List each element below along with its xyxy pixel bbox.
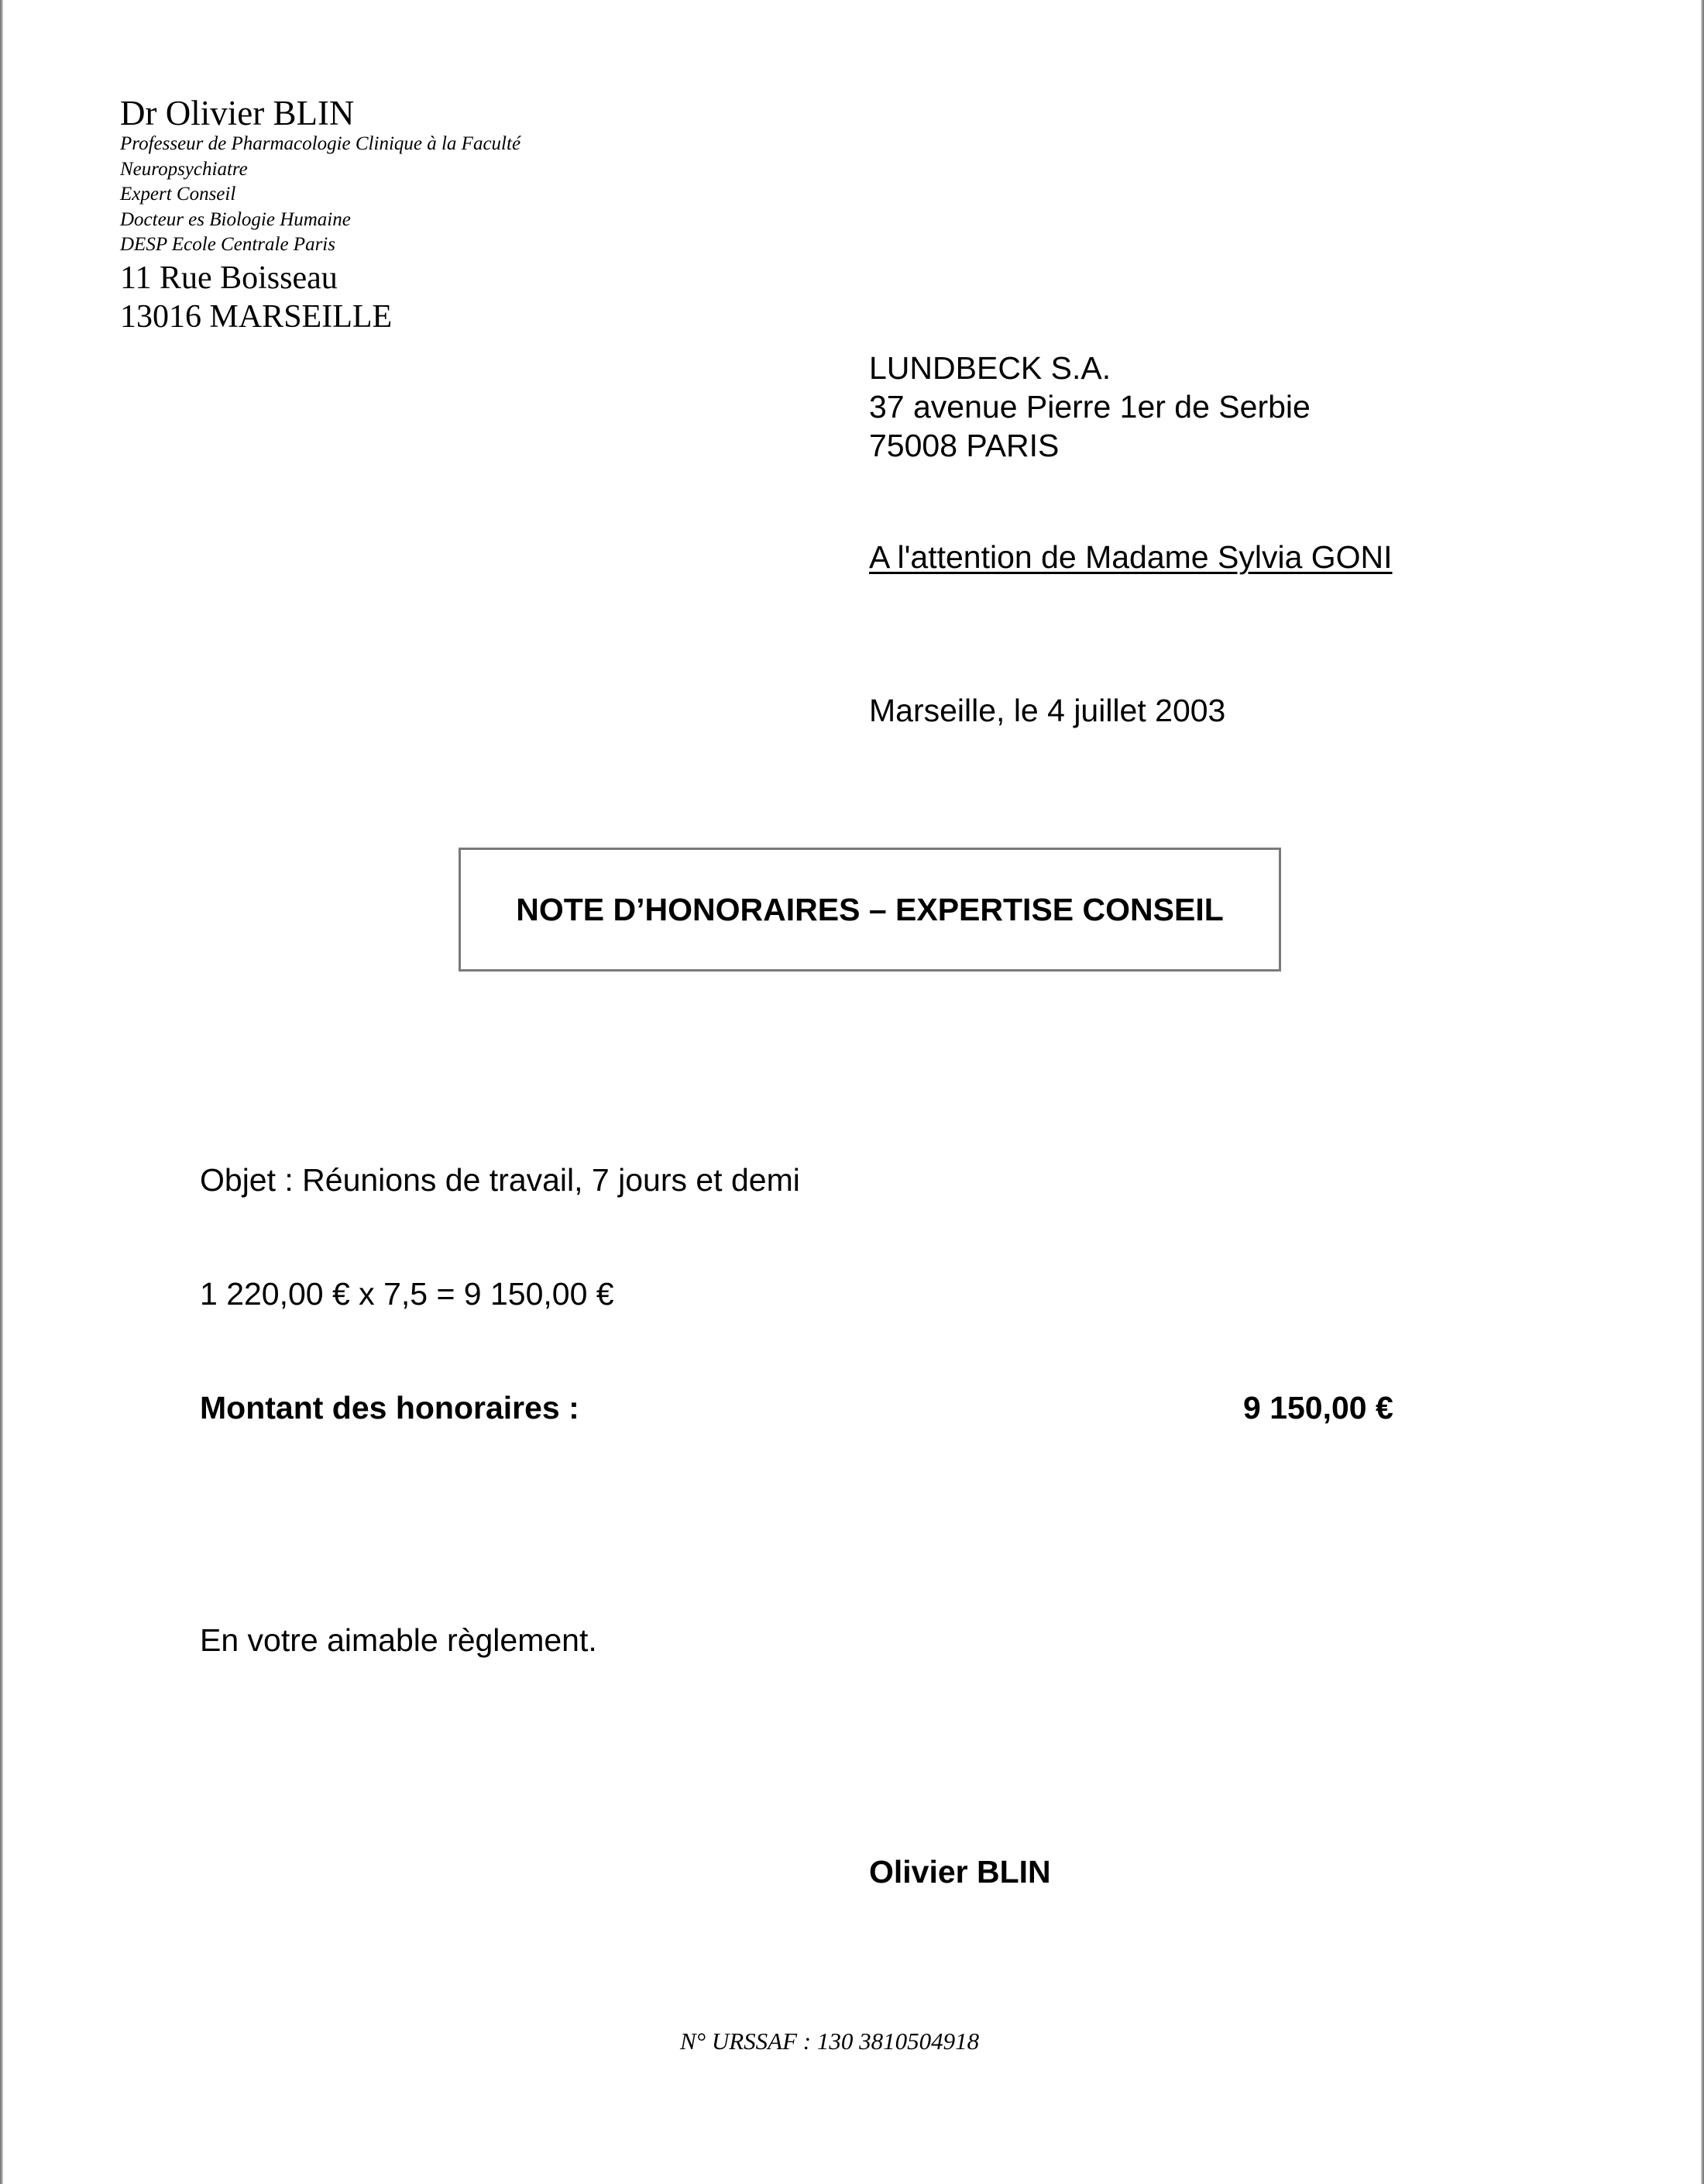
sender-title: Docteur es Biologie Humaine — [120, 208, 520, 233]
sender-titles: Professeur de Pharmacologie Clinique à l… — [120, 132, 520, 258]
sender-title: Neuropsychiatre — [120, 157, 520, 183]
signature: Olivier BLIN — [869, 1856, 1051, 1888]
sender-name: Dr Olivier BLIN — [120, 96, 354, 131]
page-edge-right — [1701, 0, 1704, 2184]
sender-title: Professeur de Pharmacologie Clinique à l… — [120, 132, 520, 157]
total-amount: 9 150,00 € — [1243, 1392, 1393, 1424]
sender-title: DESP Ecole Centrale Paris — [120, 232, 520, 258]
sender-title: Expert Conseil — [120, 182, 520, 208]
closing-line: En votre aimable règlement. — [200, 1625, 597, 1656]
urssaf-number: N° URSSAF : 130 3810504918 — [680, 2029, 979, 2053]
sender-address-street: 11 Rue Boisseau — [120, 262, 338, 294]
fee-calculation: 1 220,00 € x 7,5 = 9 150,00 € — [200, 1278, 614, 1310]
page-edge-left — [0, 0, 3, 2184]
recipient-street: 37 avenue Pierre 1er de Serbie — [869, 387, 1311, 426]
document-title-box: NOTE D’HONORAIRES – EXPERTISE CONSEIL — [459, 848, 1281, 972]
recipient-company: LUNDBECK S.A. — [869, 349, 1311, 387]
total-label: Montant des honoraires : — [200, 1392, 579, 1424]
sender-address-city: 13016 MARSEILLE — [120, 301, 392, 333]
attention-line: A l'attention de Madame Sylvia GONI — [869, 542, 1393, 573]
document-title: NOTE D’HONORAIRES – EXPERTISE CONSEIL — [516, 894, 1224, 926]
place-and-date: Marseille, le 4 juillet 2003 — [869, 695, 1225, 727]
recipient-address: LUNDBECK S.A. 37 avenue Pierre 1er de Se… — [869, 349, 1311, 465]
subject-line: Objet : Réunions de travail, 7 jours et … — [200, 1164, 800, 1196]
recipient-city: 75008 PARIS — [869, 426, 1311, 465]
document-page: Dr Olivier BLIN Professeur de Pharmacolo… — [0, 0, 1704, 2184]
